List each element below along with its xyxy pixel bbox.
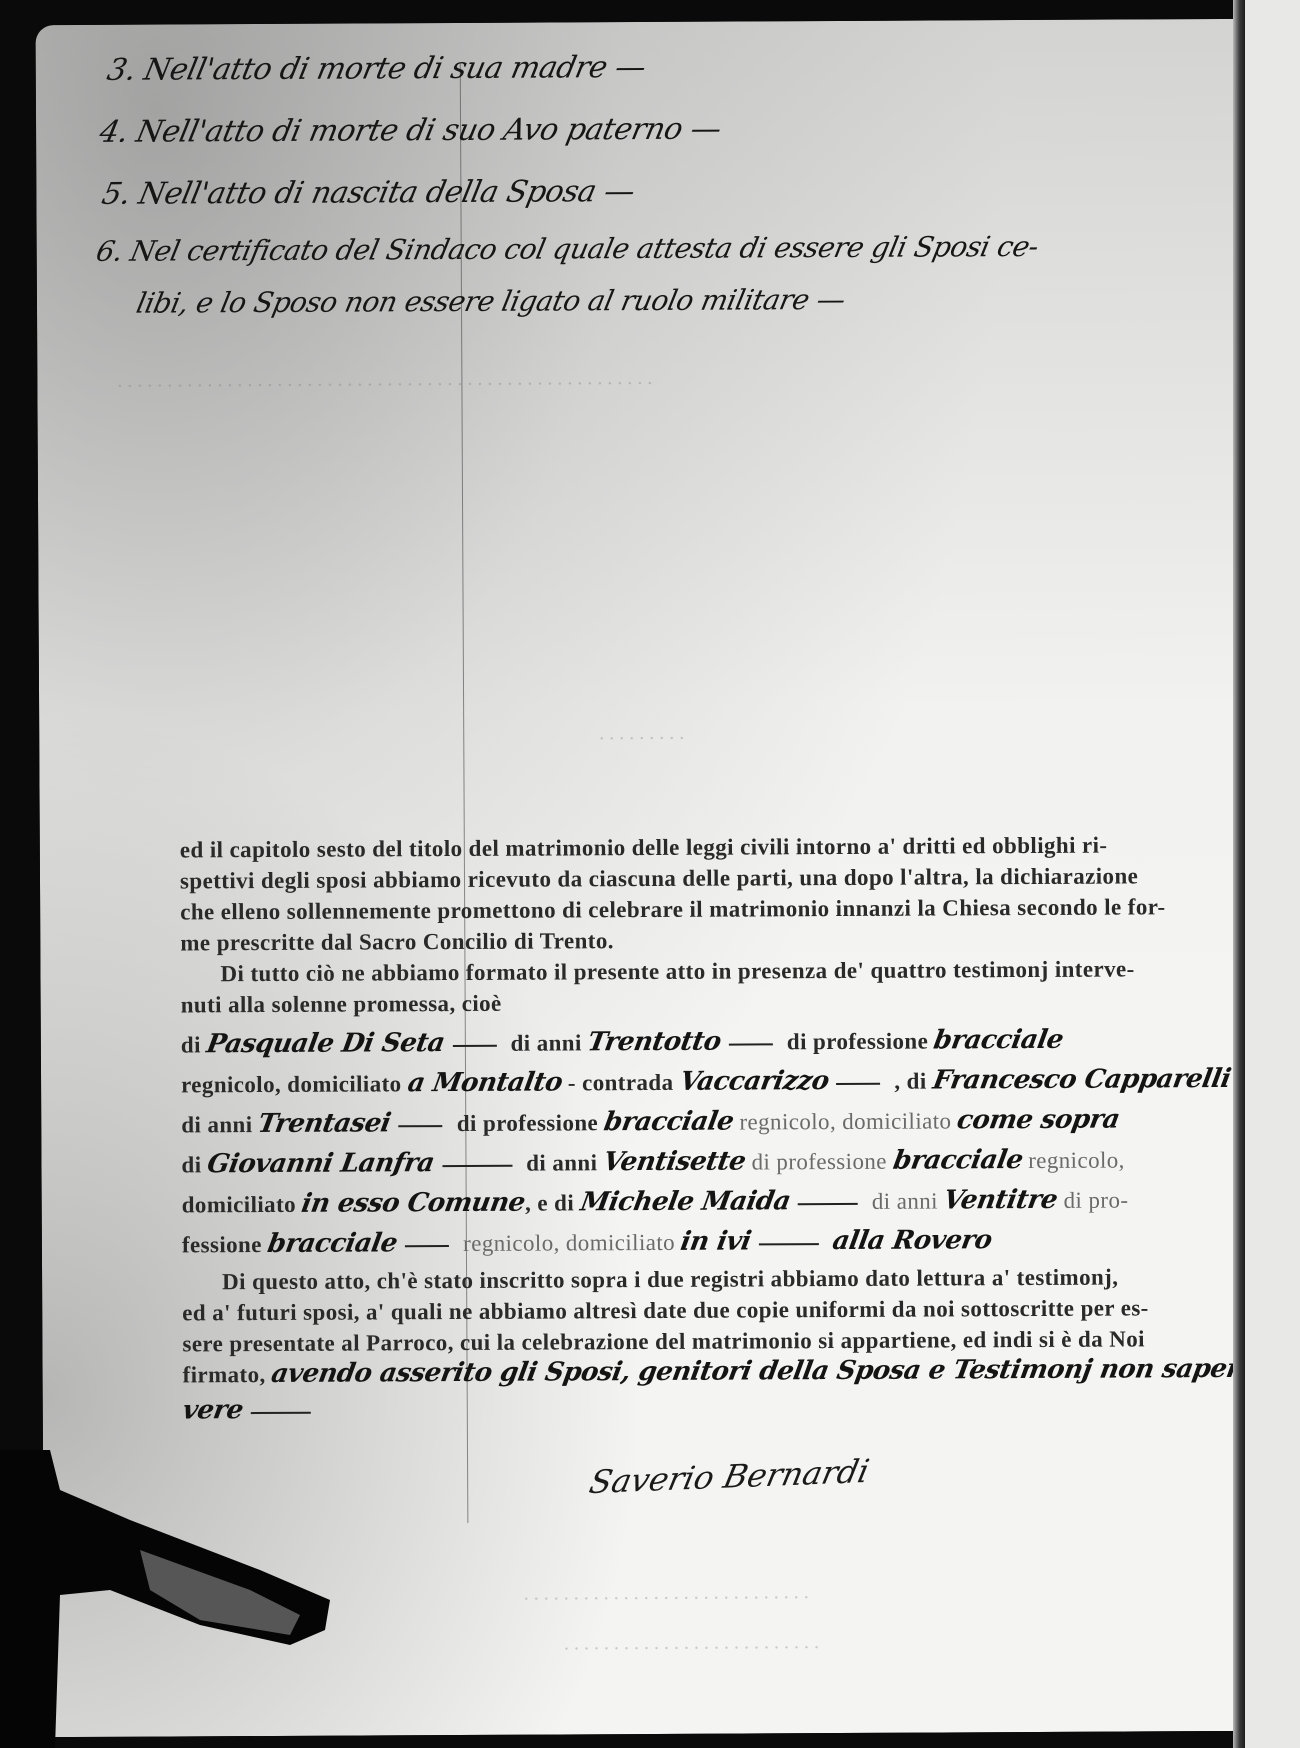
witness-4-age: Ventitre — [941, 1180, 1061, 1221]
closing-text-block: Di questo atto, ch'è stato inscritto sop… — [182, 1261, 1283, 1427]
witness-4-profession: bracciale — [265, 1223, 401, 1264]
printed-text-block: ed il capitolo sesto del titolo del matr… — [180, 829, 1281, 1021]
bleed-through-text-2: . . . . . . . . . — [599, 722, 684, 745]
witness-line-4: di Giovanni Lanfra di anni Ventisette di… — [181, 1139, 1281, 1185]
handwritten-closing-note: avendo asserito gli Sposi, genitori dell… — [269, 1354, 1300, 1390]
witness-2-name: Francesco Capparelli — [929, 1059, 1233, 1101]
closing-line-5: vere — [183, 1390, 1283, 1427]
witness-4-name: Michele Maida — [577, 1181, 793, 1222]
handwritten-note-5: 5. Nell'atto di nascita della Sposa — — [99, 174, 638, 212]
official-signature: Saverio Bernardi — [586, 1452, 873, 1501]
witness-2-age: Trentasei — [255, 1103, 394, 1144]
witness-line-3: di anni Trentasei di professione braccia… — [181, 1099, 1281, 1145]
witness-4-place: in ivi — [678, 1221, 755, 1261]
witness-3-age: Ventisette — [600, 1141, 749, 1182]
printed-line: nuti alla solenne promessa, cioè — [181, 984, 1281, 1021]
handwritten-closing-note-cont: vere — [180, 1395, 245, 1426]
witness-1-place: a Montalto — [404, 1062, 565, 1103]
witness-1-contrada: Vaccarizzo — [676, 1061, 831, 1102]
closing-line-4: firmato, avendo asserito gli Sposi, geni… — [183, 1354, 1283, 1396]
handwritten-note-6: 6. Nel certificato del Sindaco col quale… — [93, 230, 1041, 268]
witness-4-extra: alla Rovero — [830, 1220, 995, 1261]
witness-block: di Pasquale Di Seta di anni Trentotto di… — [181, 1019, 1282, 1265]
witness-3-place: in esso Comune — [299, 1183, 529, 1224]
adjacent-page-strip — [1245, 0, 1300, 1748]
witness-1-name: Pasquale Di Seta — [204, 1023, 448, 1064]
bleed-through-bottom-2: . . . . . . . . . . . . . . . . . . . . … — [564, 1631, 819, 1655]
bleed-through-bottom: . . . . . . . . . . . . . . . . . . . . … — [524, 1581, 809, 1605]
witness-1-profession: bracciale — [931, 1020, 1067, 1061]
printed-line: che elleno sollennemente promettono di c… — [180, 891, 1280, 928]
witness-line-2: regnicolo, domiciliato a Montalto - cont… — [181, 1059, 1281, 1105]
handwritten-note-3: 3. Nell'atto di morte di sua madre — — [104, 50, 649, 88]
witness-line-5: domiciliato in esso Comune, e di Michele… — [182, 1179, 1282, 1225]
handwritten-note-6-cont: libi, e lo Sposo non essere ligato al ru… — [134, 283, 849, 320]
witness-3-name: Giovanni Lanfra — [204, 1143, 437, 1184]
witness-3-profession: bracciale — [890, 1140, 1026, 1181]
witness-2-profession: bracciale — [601, 1102, 737, 1143]
thumb-shadow — [0, 1450, 340, 1748]
bleed-through-text: . . . . . . . . . . . . . . . . . . . . … — [117, 367, 652, 393]
handwritten-note-4: 4. Nell'atto di morte di suo Avo paterno… — [96, 112, 724, 150]
witness-1-age: Trentotto — [585, 1022, 725, 1063]
page-right-edge — [1233, 0, 1245, 1748]
witness-line-1: di Pasquale Di Seta di anni Trentotto di… — [181, 1019, 1281, 1065]
printed-line: Di tutto ciò ne abbiamo formato il prese… — [180, 953, 1280, 990]
witness-line-6: fessione bracciale regnicolo, domiciliat… — [182, 1219, 1282, 1265]
witness-2-place: come sopra — [954, 1100, 1123, 1141]
